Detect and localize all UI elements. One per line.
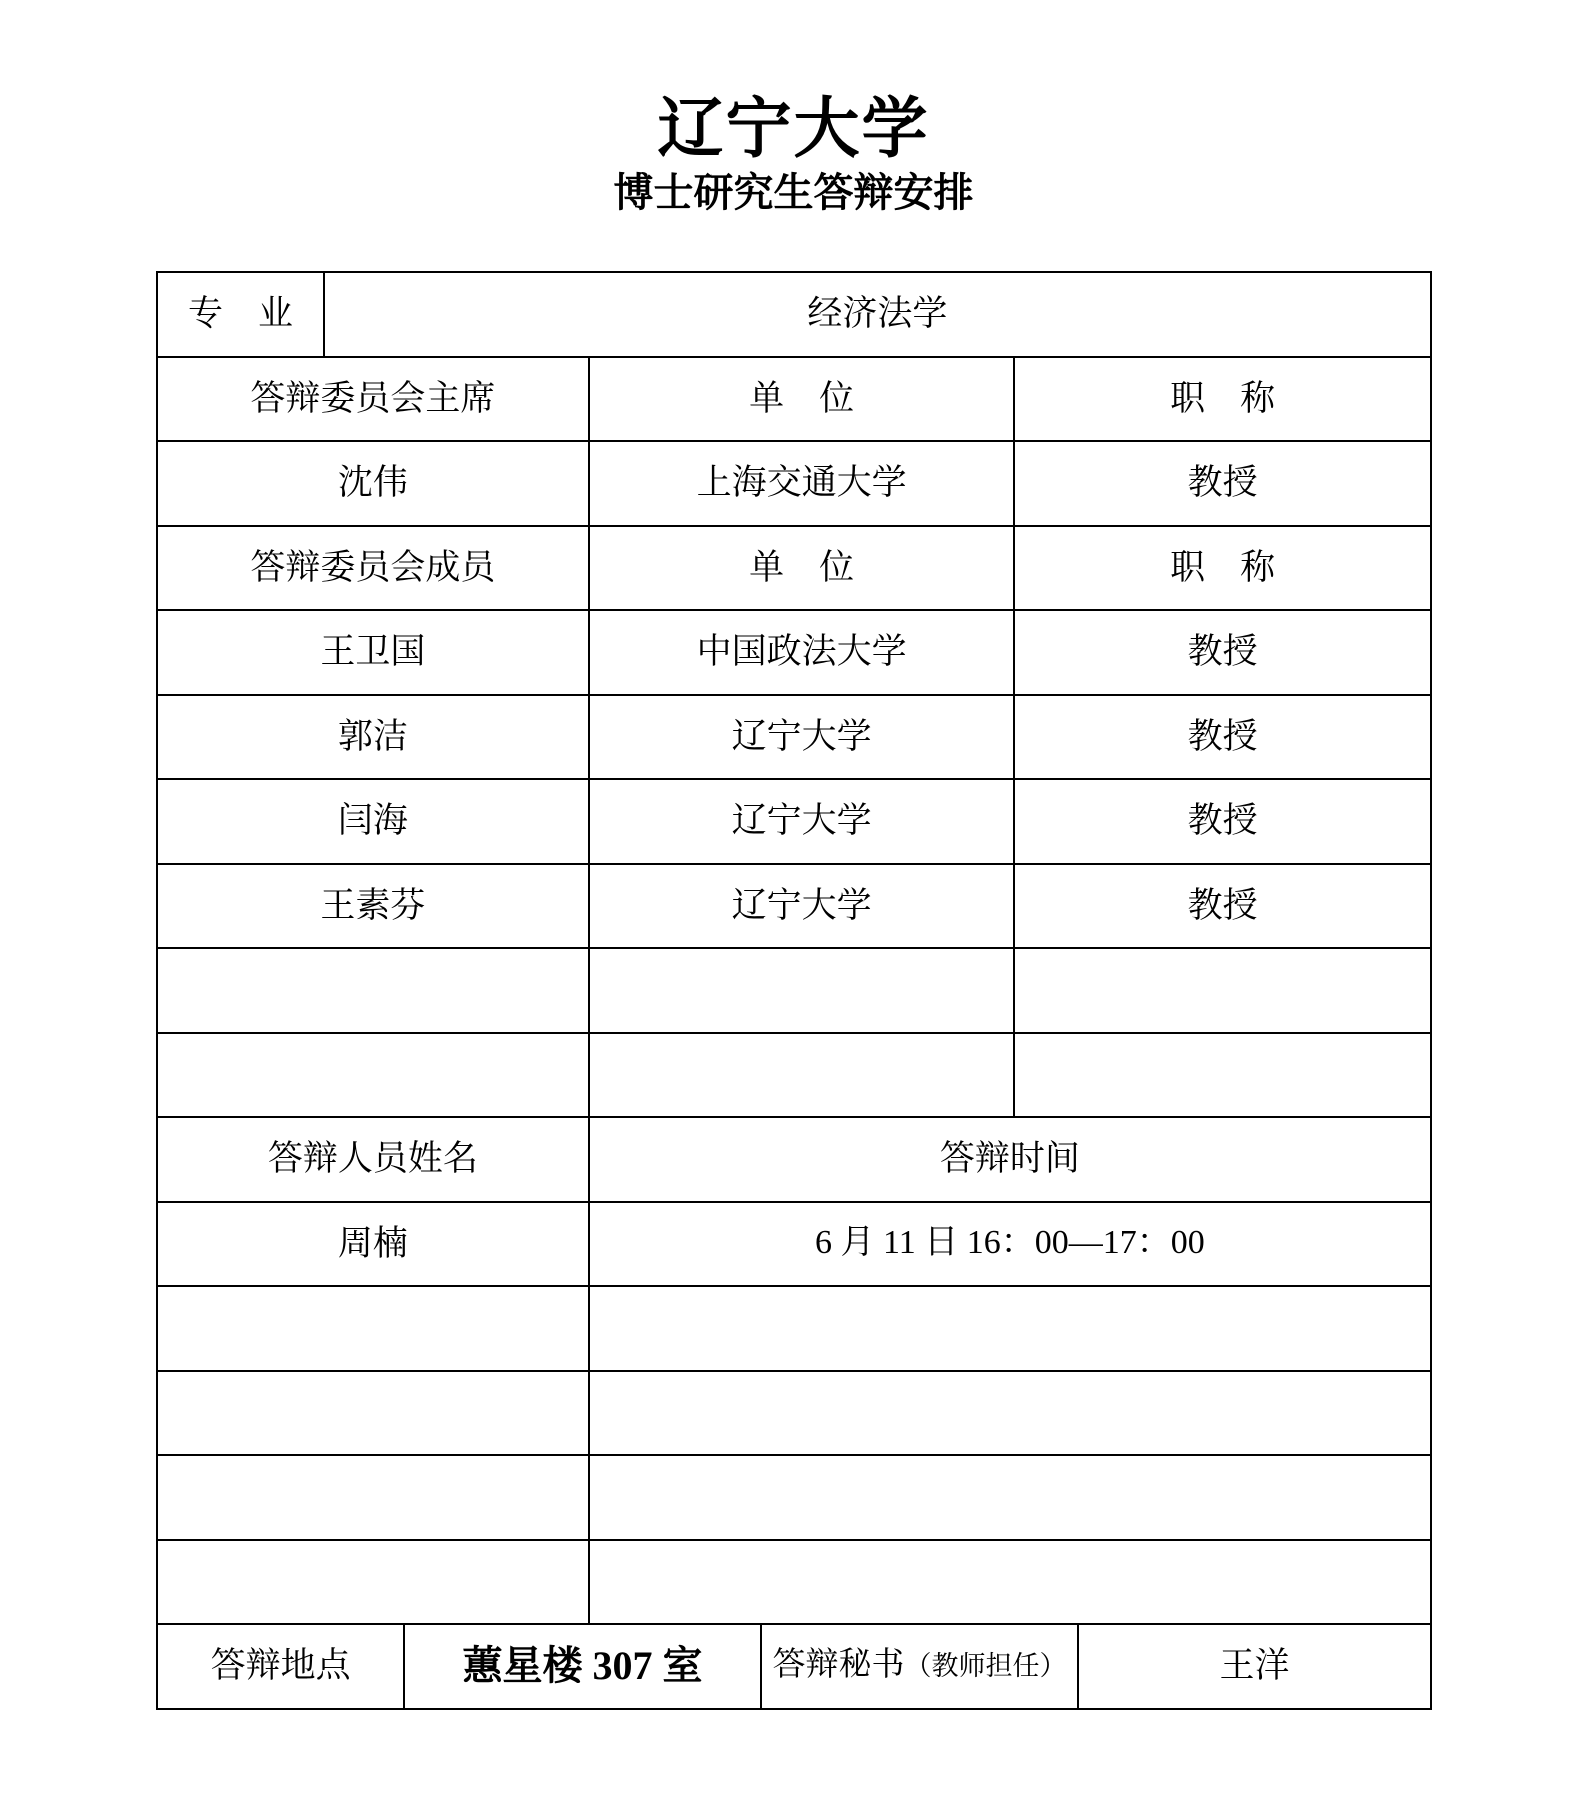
table-row-footer: 答辩地点 蕙星楼 307 室 答辩秘书（教师担任） 王洋	[158, 1625, 1432, 1710]
defense-table: 专 业 经济法学 答辩委员会主席 单 位 职 称 沈伟 上海交通大学 教授 答辩…	[156, 271, 1432, 1710]
table-row-member: 闫海 辽宁大学 教授	[158, 780, 1432, 865]
chair-unit-cell: 上海交通大学	[590, 442, 1016, 527]
empty-cell	[590, 1034, 1016, 1119]
empty-cell	[158, 1456, 590, 1541]
major-value-cell: 经济法学	[325, 273, 1432, 358]
member-unit-cell: 辽宁大学	[590, 696, 1016, 781]
empty-cell	[158, 1372, 590, 1457]
table-row-defense-empty	[158, 1456, 1432, 1541]
table-row-chair: 沈伟 上海交通大学 教授	[158, 442, 1432, 527]
page-title: 辽宁大学	[0, 92, 1587, 164]
secretary-name-cell: 王洋	[1079, 1625, 1432, 1710]
empty-cell	[590, 1456, 1432, 1541]
time-header-cell: 答辩时间	[590, 1118, 1432, 1203]
chair-header-label-cell: 答辩委员会主席	[158, 358, 590, 443]
member-header-label-cell: 答辩委员会成员	[158, 527, 590, 612]
table-row-member-header: 答辩委员会成员 单 位 职 称	[158, 527, 1432, 612]
table-row-member-empty	[158, 949, 1432, 1034]
member-unit-cell: 辽宁大学	[590, 780, 1016, 865]
chair-name-cell: 沈伟	[158, 442, 590, 527]
chair-title-cell: 教授	[1015, 442, 1432, 527]
empty-cell	[158, 949, 590, 1034]
secretary-label-text: 答辩秘书	[772, 1646, 904, 1686]
member-title-cell: 教授	[1015, 865, 1432, 950]
candidate-header-cell: 答辩人员姓名	[158, 1118, 590, 1203]
table-row-major: 专 业 经济法学	[158, 273, 1432, 358]
member-title-cell: 教授	[1015, 696, 1432, 781]
member-unit-cell: 中国政法大学	[590, 611, 1016, 696]
empty-cell	[1015, 1034, 1432, 1119]
empty-cell	[158, 1287, 590, 1372]
candidate-name-cell: 周楠	[158, 1203, 590, 1288]
secretary-label-cell: 答辩秘书（教师担任）	[762, 1625, 1079, 1710]
member-unit-cell: 辽宁大学	[590, 865, 1016, 950]
title-header-cell: 职 称	[1015, 358, 1432, 443]
member-name-cell: 闫海	[158, 780, 590, 865]
empty-cell	[590, 1372, 1432, 1457]
table-row-member: 郭洁 辽宁大学 教授	[158, 696, 1432, 781]
table-row-defense-empty	[158, 1372, 1432, 1457]
empty-cell	[590, 1287, 1432, 1372]
secretary-label-note: （教师担任）	[904, 1650, 1066, 1682]
empty-cell	[590, 1541, 1432, 1626]
table-row-member: 王卫国 中国政法大学 教授	[158, 611, 1432, 696]
member-name-cell: 王卫国	[158, 611, 590, 696]
empty-cell	[590, 949, 1016, 1034]
location-value-cell: 蕙星楼 307 室	[405, 1625, 762, 1710]
unit-header-cell: 单 位	[590, 527, 1016, 612]
member-name-cell: 郭洁	[158, 696, 590, 781]
table-row-member: 王素芬 辽宁大学 教授	[158, 865, 1432, 950]
defense-time-cell: 6 月 11 日 16：00—17：00	[590, 1203, 1432, 1288]
empty-cell	[158, 1034, 590, 1119]
title-header-cell: 职 称	[1015, 527, 1432, 612]
member-name-cell: 王素芬	[158, 865, 590, 950]
empty-cell	[1015, 949, 1432, 1034]
unit-header-cell: 单 位	[590, 358, 1016, 443]
table-row-defense-header: 答辩人员姓名 答辩时间	[158, 1118, 1432, 1203]
table-row-defense-empty	[158, 1541, 1432, 1626]
location-label-cell: 答辩地点	[158, 1625, 405, 1710]
member-title-cell: 教授	[1015, 780, 1432, 865]
table-row-defense: 周楠 6 月 11 日 16：00—17：00	[158, 1203, 1432, 1288]
member-title-cell: 教授	[1015, 611, 1432, 696]
table-row-defense-empty	[158, 1287, 1432, 1372]
empty-cell	[158, 1541, 590, 1626]
table-row-chair-header: 答辩委员会主席 单 位 职 称	[158, 358, 1432, 443]
page-subtitle: 博士研究生答辩安排	[0, 170, 1587, 216]
major-label-cell: 专 业	[158, 273, 325, 358]
table-row-member-empty	[158, 1034, 1432, 1119]
